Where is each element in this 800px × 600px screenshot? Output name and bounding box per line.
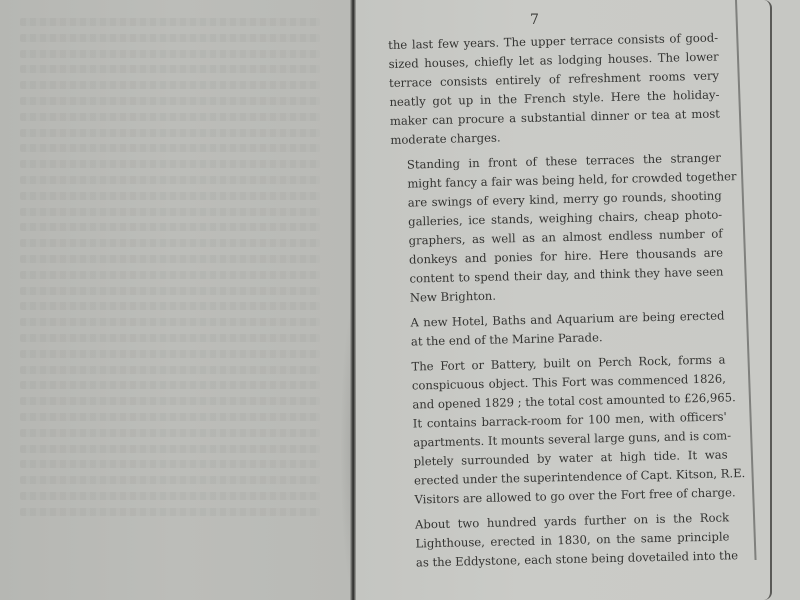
book-spread-photo: 7 the last few years. The upper terrace … [0,0,800,600]
show-through-text [20,18,320,524]
paragraph: The Fort or Battery, built on Perch Rock… [395,350,728,509]
page-number: 7 [530,12,539,28]
left-page [0,0,352,600]
paragraph: A new Hotel, Baths and Aquarium are bein… [394,306,725,351]
paragraph: Standing in front of these terraces the … [391,148,724,307]
paragraph: the last few years. The upper terrace co… [388,29,721,150]
paragraph: About two hundred yards further on is th… [399,508,730,572]
body-text: the last few years. The upper terrace co… [388,29,730,579]
